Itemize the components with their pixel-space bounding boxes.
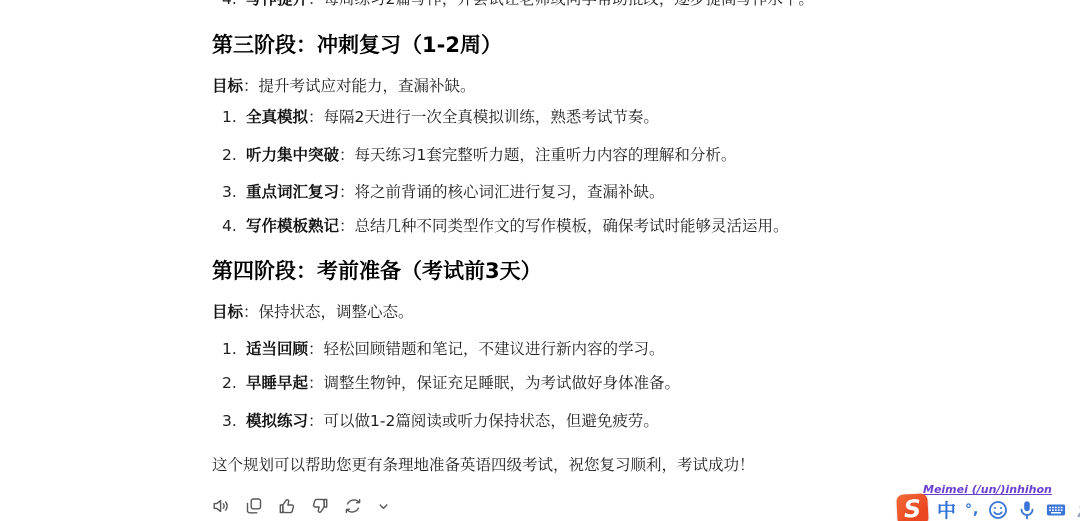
item-label: 全真模拟 [246,108,308,126]
list-item: 4. 写作模板熟记：总结几种不同类型作文的写作模板，确保考试时能够灵活运用。 [212,217,789,236]
list-item: 2. 早睡早起：调整生物钟，保证充足睡眠，为考试做好身体准备。 [212,374,680,393]
refresh-icon [344,497,362,515]
list-item: 2. 听力集中突破：每天练习1套完整听力题，注重听力内容的理解和分析。 [212,146,736,165]
stage4-heading: 第四阶段：考前准备（考试前3天） [212,259,542,283]
chat-page: { "content": { "partial_item": { "marker… [0,0,1080,521]
item-label: 写作模板熟记 [246,217,339,235]
stage3-heading: 第三阶段：冲刺复习（1-2周） [212,33,502,57]
list-marker: 2. [222,146,246,165]
emoji-icon [988,500,1008,520]
item-content: 适当回顾：轻松回顾错题和笔记，不建议进行新内容的学习。 [246,340,665,359]
item-content: 模拟练习：可以做1-2篇阅读或听力保持状态，但避免疲劳。 [246,412,659,431]
stage4-goal: 目标：保持状态，调整心态。 [212,303,414,322]
ime-emoji-button[interactable] [988,500,1008,520]
item-content: 重点词汇复习：将之前背诵的核心词汇进行复习，查漏补缺。 [246,183,665,202]
stage3-goal: 目标：提升考试应对能力，查漏补缺。 [212,77,476,96]
copy-button[interactable] [245,497,263,515]
keyboard-icon [1046,501,1066,519]
speaker-icon [212,497,230,515]
item-content: 早睡早起：调整生物钟，保证充足睡眠，为考试做好身体准备。 [246,374,680,393]
item-content: 全真模拟：每隔2天进行一次全真模拟训练，熟悉考试节奏。 [246,108,659,127]
regenerate-button[interactable] [344,497,362,515]
closing-text: 这个规划可以帮助您更有条理地准备英语四级考试，祝您复习顺利，考试成功！ [212,456,755,475]
ime-toolbox-button[interactable] [1075,500,1080,520]
item-label: 写作提升 [246,0,308,8]
list-marker: 1. [222,108,246,127]
list-item: 3. 重点词汇复习：将之前背诵的核心词汇进行复习，查漏补缺。 [212,183,665,202]
goal-text: ：保持状态，调整心态。 [243,303,414,321]
list-marker: 3. [222,412,246,431]
list-marker: 4. [222,217,246,236]
item-label: 适当回顾 [246,340,308,358]
ime-chinese-mode-button[interactable]: 中 [937,496,956,521]
item-text: ：每天练习1套完整听力题，注重听力内容的理解和分析。 [339,146,736,164]
list-marker: 1. [222,340,246,359]
item-label: 早睡早起 [246,374,308,392]
goal-label: 目标 [212,77,243,95]
thumbs-down-button[interactable] [311,497,329,515]
ime-punctuation-mode-button[interactable]: °, [965,502,979,518]
item-text: ：轻松回顾错题和笔记，不建议进行新内容的学习。 [308,340,665,358]
list-marker: 2. [222,374,246,393]
list-item: 1. 全真模拟：每隔2天进行一次全真模拟训练，熟悉考试节奏。 [212,108,659,127]
assistant-message: 4. 写作提升：每周练习2篇写作，并尝试让老师或同学帮助批改，逐步提高写作水平。… [212,0,872,521]
goal-label: 目标 [212,303,243,321]
list-marker: 3. [222,183,246,202]
ime-logo[interactable]: S [896,493,929,521]
list-item: 1. 适当回顾：轻松回顾错题和笔记，不建议进行新内容的学习。 [212,340,665,359]
list-item-partial: 4. 写作提升：每周练习2篇写作，并尝试让老师或同学帮助批改，逐步提高写作水平。 [212,0,814,9]
ime-keyboard-button[interactable] [1046,500,1066,520]
regenerate-options-button[interactable] [377,500,389,512]
item-text: ：每隔2天进行一次全真模拟训练，熟悉考试节奏。 [308,108,659,126]
goal-text: ：提升考试应对能力，查漏补缺。 [243,77,476,95]
thumbs-down-icon [311,497,329,515]
item-content: 写作模板熟记：总结几种不同类型作文的写作模板，确保考试时能够灵活运用。 [246,217,789,236]
item-text: ：调整生物钟，保证充足睡眠，为考试做好身体准备。 [308,374,680,392]
read-aloud-button[interactable] [212,497,230,515]
list-item: 3. 模拟练习：可以做1-2篇阅读或听力保持状态，但避免疲劳。 [212,412,659,431]
thumbs-up-icon [278,497,296,515]
list-marker: 4. [222,0,246,9]
item-text: ：每周练习2篇写作，并尝试让老师或同学帮助批改，逐步提高写作水平。 [308,0,814,8]
item-text: ：总结几种不同类型作文的写作模板，确保考试时能够灵活运用。 [339,217,789,235]
microphone-icon [1018,500,1036,520]
thumbs-up-button[interactable] [278,497,296,515]
copy-icon [245,497,263,515]
item-label: 听力集中突破 [246,146,339,164]
item-label: 模拟练习 [246,412,308,430]
ime-toolbar: S 中 °, [897,494,1080,521]
chevron-down-icon [378,501,389,512]
item-label: 重点词汇复习 [246,183,339,201]
item-content: 听力集中突破：每天练习1套完整听力题，注重听力内容的理解和分析。 [246,146,736,165]
toolbox-icon [1075,501,1080,519]
message-action-bar [212,497,389,515]
item-text: ：将之前背诵的核心词汇进行复习，查漏补缺。 [339,183,665,201]
item-text: ：可以做1-2篇阅读或听力保持状态，但避免疲劳。 [308,412,659,430]
item-content: 写作提升：每周练习2篇写作，并尝试让老师或同学帮助批改，逐步提高写作水平。 [246,0,814,9]
ime-voice-button[interactable] [1017,500,1037,520]
